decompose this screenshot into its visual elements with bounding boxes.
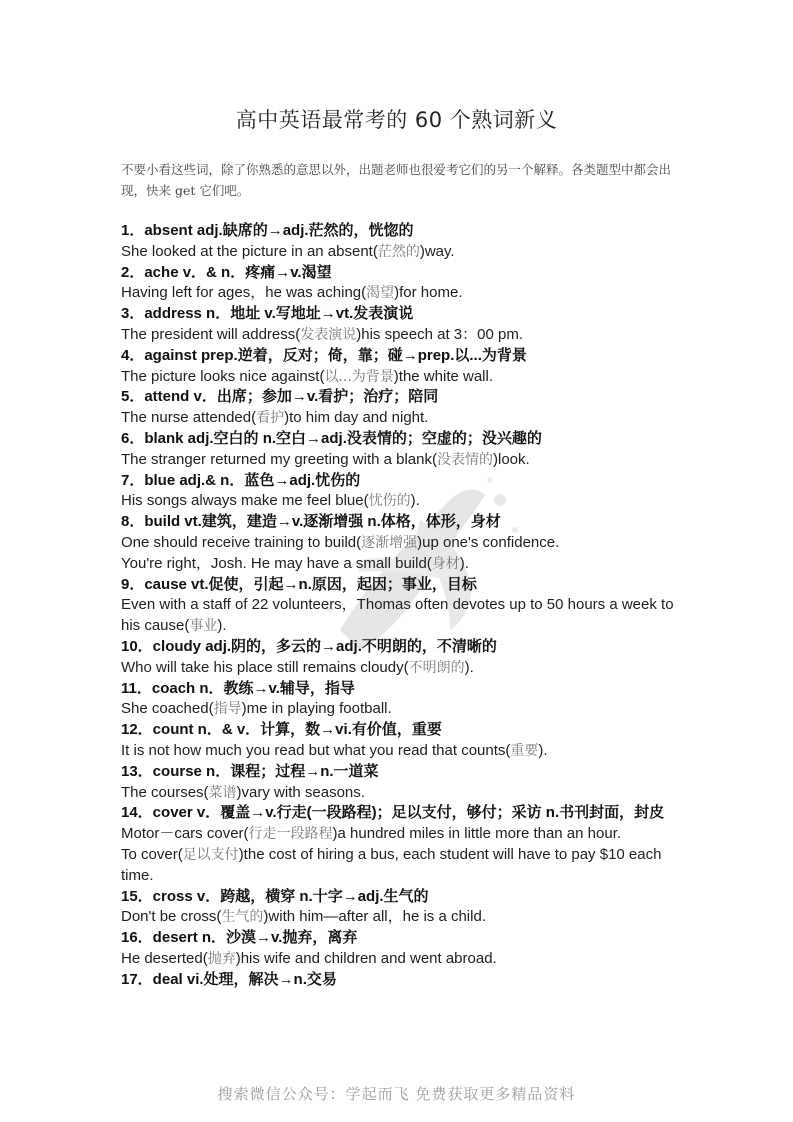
example-sentence: The courses(菜谱)vary with seasons. — [121, 783, 681, 804]
example-sentence: She coached(指导)me in playing football. — [121, 699, 681, 720]
vocab-heading: 17．deal vi.处理，解决→n.交易 — [121, 970, 681, 991]
vocab-heading: 3．address n．地址 v.写地址→vt.发表演说 — [121, 304, 681, 325]
vocab-entry: 15．cross v．跨越，横穿 n.十字→adj.生气的Don't be cr… — [121, 887, 681, 929]
vocab-entry: 14．cover v．覆盖→v.行走(一段路程)；足以支付，够付；采访 n.书刊… — [121, 803, 681, 886]
example-sentence: His songs always make me feel blue(忧伤的). — [121, 491, 681, 512]
example-text-before: The stranger returned my greeting with a… — [121, 451, 437, 468]
example-gloss: 生气的 — [221, 909, 263, 925]
example-gloss: 逐渐增强 — [361, 535, 417, 551]
example-text-before: You're right，Josh. He may have a small b… — [121, 555, 432, 572]
example-gloss: 抛弃 — [208, 951, 236, 967]
vocab-heading: 16．desert n．沙漠→v.抛弃，离弃 — [121, 928, 681, 949]
vocab-heading: 10．cloudy adj.阴的，多云的→adj.不明朗的，不清晰的 — [121, 637, 681, 658]
footer-promo-text: 搜索微信公众号：学起而飞 免费获取更多精品资料 — [0, 1083, 793, 1104]
vocab-entry: 7．blue adj.& n．蓝色→adj.忧伤的His songs alway… — [121, 471, 681, 513]
vocab-entry: 10．cloudy adj.阴的，多云的→adj.不明朗的，不清晰的Who wi… — [121, 637, 681, 679]
example-sentence: The picture looks nice against(以...为背景)t… — [121, 367, 681, 388]
vocab-entry: 3．address n．地址 v.写地址→vt.发表演说The presiden… — [121, 304, 681, 346]
example-text-after: )with him—after all，he is a child. — [263, 908, 486, 925]
example-sentence: Even with a staff of 22 volunteers，Thoma… — [121, 595, 681, 637]
example-gloss: 看护 — [256, 410, 284, 426]
example-gloss: 不明朗的 — [409, 660, 465, 676]
example-gloss: 指导 — [214, 701, 242, 717]
example-text-before: One should receive training to build( — [121, 534, 361, 551]
vocab-heading: 12．count n．& v．计算，数→vi.有价值，重要 — [121, 720, 681, 741]
example-text-after: )to him day and night. — [284, 409, 428, 426]
example-text-before: The courses( — [121, 784, 209, 801]
example-sentence: The stranger returned my greeting with a… — [121, 450, 681, 471]
example-text-before: The nurse attended( — [121, 409, 256, 426]
document-title: 高中英语最常考的 60 个熟词新义 — [0, 104, 793, 134]
example-text-after: ). — [460, 555, 469, 572]
vocab-heading: 13．course n．课程；过程→n.一道菜 — [121, 762, 681, 783]
vocab-heading: 14．cover v．覆盖→v.行走(一段路程)；足以支付，够付；采访 n.书刊… — [121, 803, 681, 824]
vocab-entry: 11．coach n．教练→v.辅导，指导She coached(指导)me i… — [121, 679, 681, 721]
example-text-before: She looked at the picture in an absent( — [121, 243, 378, 260]
example-text-after: )his wife and children and went abroad. — [236, 950, 497, 967]
example-sentence: You're right，Josh. He may have a small b… — [121, 554, 681, 575]
example-text-before: Motor－cars cover( — [121, 825, 249, 842]
example-gloss: 茫然的 — [378, 244, 420, 260]
example-sentence: Motor－cars cover(行走一段路程)a hundred miles … — [121, 824, 681, 845]
example-sentence: Having left for ages，he was aching(渴望)fo… — [121, 283, 681, 304]
example-gloss: 忧伤的 — [369, 493, 411, 509]
example-sentence: To cover(足以支付)the cost of hiring a bus, … — [121, 845, 681, 887]
vocab-heading: 8．build vt.建筑，建造→v.逐渐增强 n.体格，体形，身材 — [121, 512, 681, 533]
vocab-heading: 1．absent adj.缺席的→adj.茫然的，恍惚的 — [121, 221, 681, 242]
example-text-before: She coached( — [121, 700, 214, 717]
example-text-after: )a hundred miles in little more than an … — [333, 825, 622, 842]
intro-paragraph: 不要小看这些词，除了你熟悉的意思以外，出题老师也很爱考它们的另一个解释。各类题型… — [121, 159, 681, 201]
vocab-entry: 9．cause vt.促使，引起→n.原因，起因；事业，目标Even with … — [121, 575, 681, 637]
vocab-entry: 2．ache v．& n．疼痛→v.渴望Having left for ages… — [121, 263, 681, 305]
example-text-before: Who will take his place still remains cl… — [121, 659, 409, 676]
vocab-entry: 13．course n．课程；过程→n.一道菜The courses(菜谱)va… — [121, 762, 681, 804]
example-text-after: ). — [538, 742, 547, 759]
example-text-before: He deserted( — [121, 950, 208, 967]
example-text-before: It is not how much you read but what you… — [121, 742, 510, 759]
example-sentence: Don't be cross(生气的)with him—after all，he… — [121, 907, 681, 928]
example-sentence: The president will address(发表演说)his spee… — [121, 325, 681, 346]
vocab-heading: 7．blue adj.& n．蓝色→adj.忧伤的 — [121, 471, 681, 492]
example-gloss: 没表情的 — [437, 452, 493, 468]
example-gloss: 足以支付 — [183, 847, 239, 863]
example-text-after: )vary with seasons. — [237, 784, 365, 801]
example-text-after: )way. — [420, 243, 455, 260]
vocab-entry: 6．blank adj.空白的 n.空白→adj.没表情的；空虚的；没兴趣的Th… — [121, 429, 681, 471]
vocab-entry: 17．deal vi.处理，解决→n.交易 — [121, 970, 681, 991]
example-text-before: Having left for ages，he was aching( — [121, 284, 366, 301]
vocab-entry: 1．absent adj.缺席的→adj.茫然的，恍惚的She looked a… — [121, 221, 681, 263]
example-text-before: The picture looks nice against( — [121, 368, 324, 385]
example-text-after: )up one's confidence. — [417, 534, 559, 551]
example-text-before: The president will address( — [121, 326, 300, 343]
example-gloss: 事业 — [189, 618, 217, 634]
vocab-heading: 5．attend v．出席；参加→v.看护；治疗；陪同 — [121, 387, 681, 408]
vocab-entry: 12．count n．& v．计算，数→vi.有价值，重要It is not h… — [121, 720, 681, 762]
example-sentence: The nurse attended(看护)to him day and nig… — [121, 408, 681, 429]
document-page: 高中英语最常考的 60 个熟词新义 不要小看这些词，除了你熟悉的意思以外，出题老… — [0, 0, 793, 1122]
example-text-after: )look. — [493, 451, 530, 468]
vocab-heading: 11．coach n．教练→v.辅导，指导 — [121, 679, 681, 700]
example-text-after: ). — [465, 659, 474, 676]
example-gloss: 以...为背景 — [324, 369, 393, 385]
example-text-before: Don't be cross( — [121, 908, 221, 925]
vocabulary-list: 1．absent adj.缺席的→adj.茫然的，恍惚的She looked a… — [121, 221, 681, 990]
vocab-heading: 9．cause vt.促使，引起→n.原因，起因；事业，目标 — [121, 575, 681, 596]
example-gloss: 行走一段路程 — [249, 826, 333, 842]
example-gloss: 重要 — [510, 743, 538, 759]
example-gloss: 菜谱 — [209, 785, 237, 801]
example-text-after: )me in playing football. — [242, 700, 392, 717]
example-sentence: It is not how much you read but what you… — [121, 741, 681, 762]
example-text-after: )his speech at 3：00 pm. — [356, 326, 523, 343]
vocab-entry: 4．against prep.逆着，反对；倚，靠；碰→prep.以...为背景T… — [121, 346, 681, 388]
example-sentence: She looked at the picture in an absent(茫… — [121, 242, 681, 263]
example-gloss: 身材 — [432, 556, 460, 572]
example-text-after: )the white wall. — [394, 368, 493, 385]
vocab-entry: 5．attend v．出席；参加→v.看护；治疗；陪同The nurse att… — [121, 387, 681, 429]
example-text-after: ). — [217, 617, 226, 634]
vocab-heading: 15．cross v．跨越，横穿 n.十字→adj.生气的 — [121, 887, 681, 908]
vocab-heading: 6．blank adj.空白的 n.空白→adj.没表情的；空虚的；没兴趣的 — [121, 429, 681, 450]
example-gloss: 渴望 — [366, 285, 394, 301]
example-sentence: One should receive training to build(逐渐增… — [121, 533, 681, 554]
vocab-entry: 16．desert n．沙漠→v.抛弃，离弃He deserted(抛弃)his… — [121, 928, 681, 970]
example-text-after: )for home. — [394, 284, 462, 301]
vocab-heading: 4．against prep.逆着，反对；倚，靠；碰→prep.以...为背景 — [121, 346, 681, 367]
example-text-before: His songs always make me feel blue( — [121, 492, 369, 509]
example-sentence: He deserted(抛弃)his wife and children and… — [121, 949, 681, 970]
example-text-after: ). — [411, 492, 420, 509]
vocab-heading: 2．ache v．& n．疼痛→v.渴望 — [121, 263, 681, 284]
example-text-before: To cover( — [121, 846, 183, 863]
vocab-entry: 8．build vt.建筑，建造→v.逐渐增强 n.体格，体形，身材One sh… — [121, 512, 681, 574]
example-sentence: Who will take his place still remains cl… — [121, 658, 681, 679]
example-gloss: 发表演说 — [300, 327, 356, 343]
